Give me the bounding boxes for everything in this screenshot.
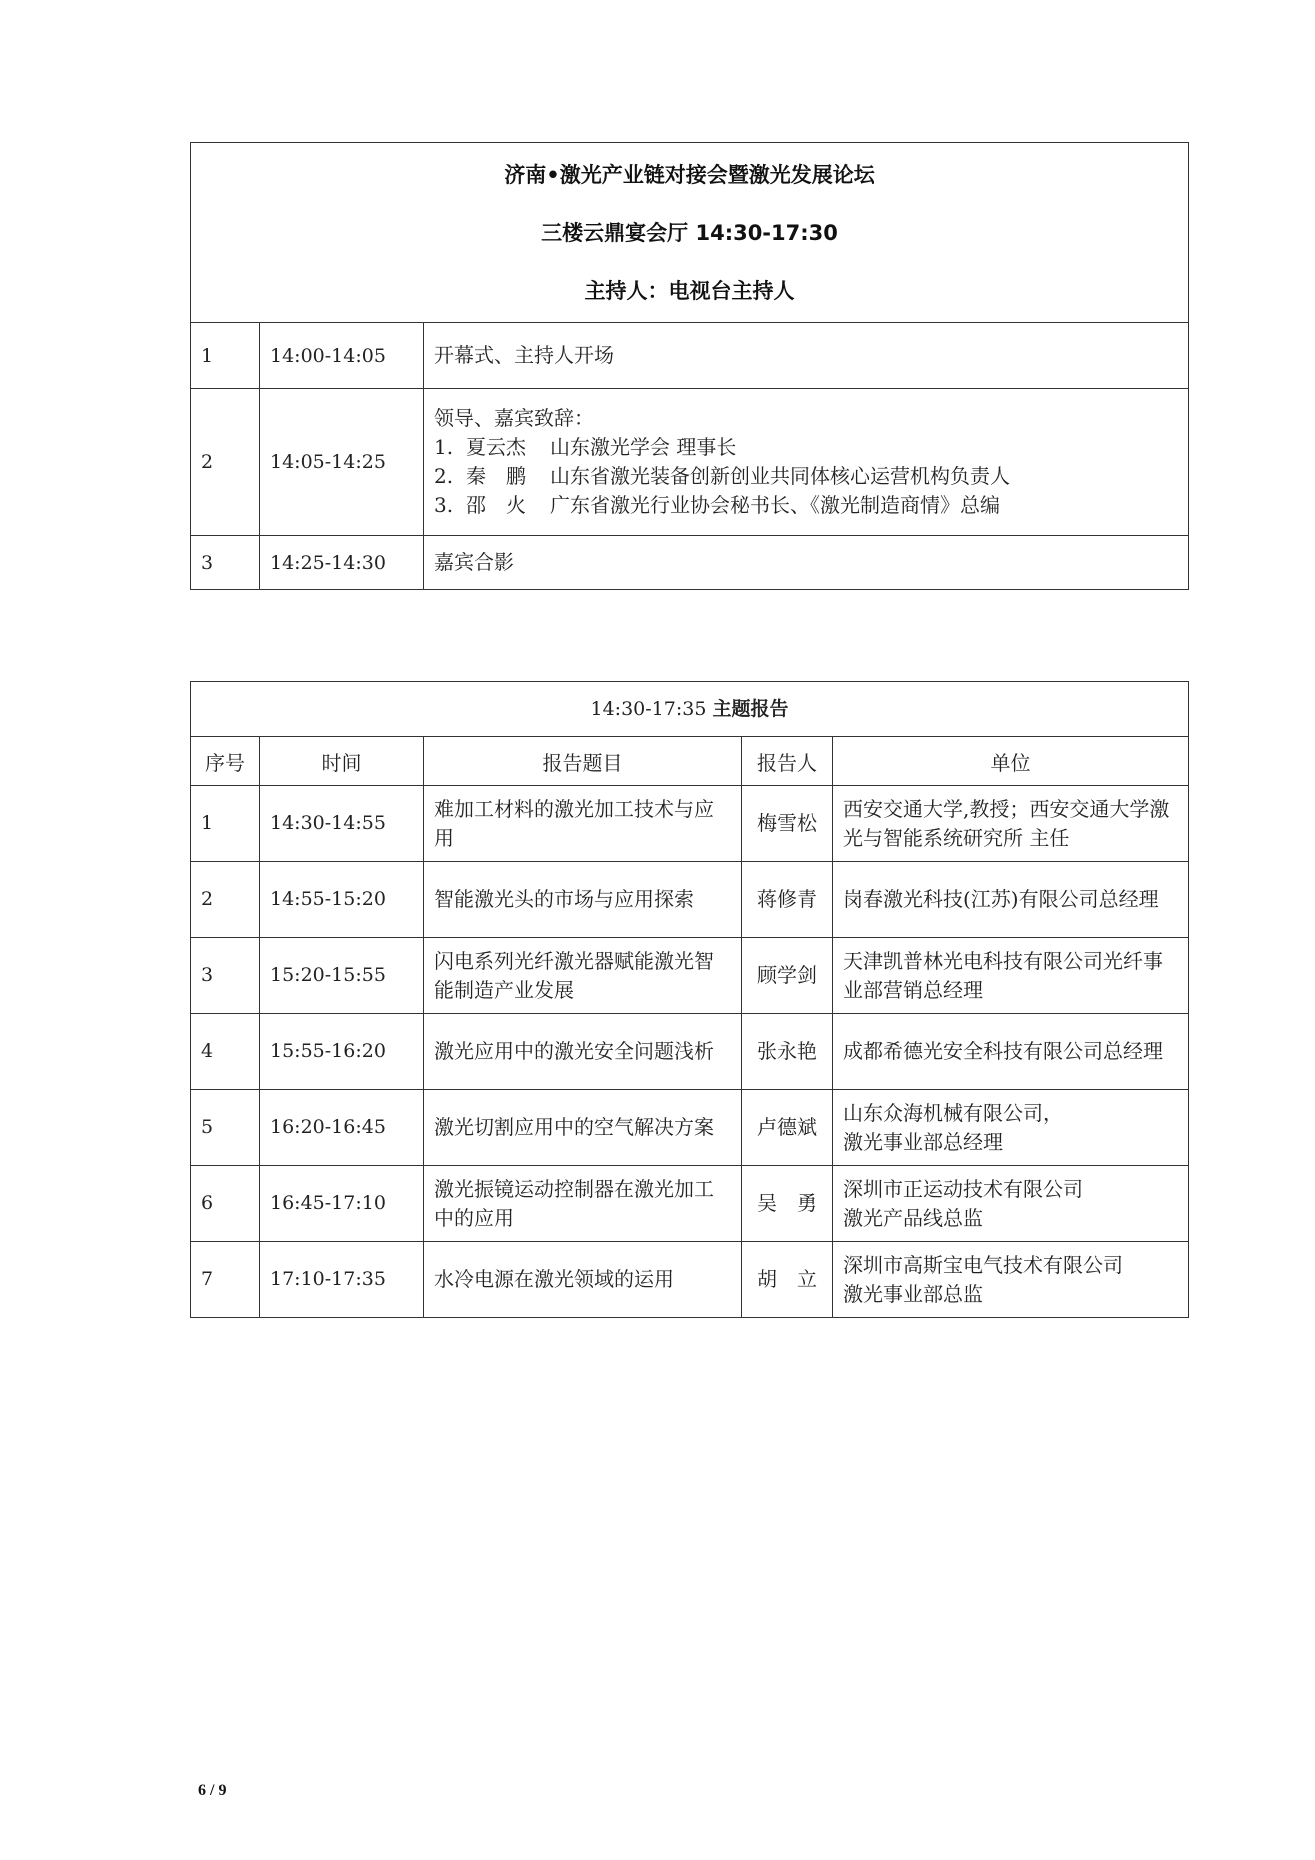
row-org: 天津凯普林光电科技有限公司光纤事业部营销总经理 — [833, 938, 1189, 1014]
row-number: 1 — [191, 323, 260, 389]
row-org: 西安交通大学,教授；西安交通大学激光与智能系统研究所 主任 — [833, 786, 1189, 862]
forum-venue-time: 三楼云鼎宴会厅 14:30-17:30 — [191, 204, 1188, 262]
table-row: 2 14:55-15:20 智能激光头的市场与应用探索 蒋修青 岗春激光科技(江… — [191, 862, 1189, 938]
row-number: 2 — [191, 389, 260, 536]
forum-title: 济南•激光产业链对接会暨激光发展论坛 — [191, 146, 1188, 204]
row-time: 14:00-14:05 — [260, 323, 424, 389]
org-line: 深圳市高斯宝电气技术有限公司 — [843, 1251, 1178, 1280]
row-time: 16:20-16:45 — [260, 1090, 424, 1166]
speaker-title: 广东省激光行业协会秘书长、《激光制造商情》总编 — [550, 493, 1000, 517]
org-line: 激光产品线总监 — [843, 1204, 1178, 1233]
keynote-title: 14:30-17:35 主题报告 — [191, 682, 1189, 737]
row-topic: 水冷电源在激光领域的运用 — [424, 1242, 742, 1318]
row-org: 深圳市正运动技术有限公司 激光产品线总监 — [833, 1166, 1189, 1242]
row-time: 14:25-14:30 — [260, 536, 424, 590]
row-time: 15:20-15:55 — [260, 938, 424, 1014]
forum-header-cell: 济南•激光产业链对接会暨激光发展论坛 三楼云鼎宴会厅 14:30-17:30 主… — [191, 143, 1189, 323]
row-time: 14:55-15:20 — [260, 862, 424, 938]
row-speaker: 张永艳 — [742, 1014, 833, 1090]
document-page: 济南•激光产业链对接会暨激光发展论坛 三楼云鼎宴会厅 14:30-17:30 主… — [0, 0, 1315, 1860]
speaker-index: 3. — [434, 491, 466, 520]
row-number: 2 — [191, 862, 260, 938]
table-row: 1 14:00-14:05 开幕式、主持人开场 — [191, 323, 1189, 389]
table-row: 3 15:20-15:55 闪电系列光纤激光器赋能激光智能制造产业发展 顾学剑 … — [191, 938, 1189, 1014]
row-number: 3 — [191, 536, 260, 590]
row-topic: 激光切割应用中的空气解决方案 — [424, 1090, 742, 1166]
speaker-title: 山东省激光装备创新创业共同体核心运营机构负责人 — [550, 464, 1010, 488]
row-topic: 闪电系列光纤激光器赋能激光智能制造产业发展 — [424, 938, 742, 1014]
row-topic: 难加工材料的激光加工技术与应用 — [424, 786, 742, 862]
row-number: 1 — [191, 786, 260, 862]
row-org: 成都希德光安全科技有限公司总经理 — [833, 1014, 1189, 1090]
table-row: 5 16:20-16:45 激光切割应用中的空气解决方案 卢德斌 山东众海机械有… — [191, 1090, 1189, 1166]
row-time: 15:55-16:20 — [260, 1014, 424, 1090]
speaker-index: 2. — [434, 462, 466, 491]
speaker-item: 3.邵 火广东省激光行业协会秘书长、《激光制造商情》总编 — [434, 491, 1178, 520]
speaker-name: 秦 鹏 — [466, 462, 550, 491]
header-topic: 报告题目 — [424, 737, 742, 786]
row-speaker: 梅雪松 — [742, 786, 833, 862]
speaker-name: 夏云杰 — [466, 433, 550, 462]
row-speaker: 蒋修青 — [742, 862, 833, 938]
header-org: 单位 — [833, 737, 1189, 786]
row-org: 深圳市高斯宝电气技术有限公司 激光事业部总监 — [833, 1242, 1189, 1318]
org-line: 深圳市正运动技术有限公司 — [843, 1175, 1178, 1204]
table-row: 4 15:55-16:20 激光应用中的激光安全问题浅析 张永艳 成都希德光安全… — [191, 1014, 1189, 1090]
table-row: 7 17:10-17:35 水冷电源在激光领域的运用 胡 立 深圳市高斯宝电气技… — [191, 1242, 1189, 1318]
row-topic: 激光应用中的激光安全问题浅析 — [424, 1014, 742, 1090]
table-row: 2 14:05-14:25 领导、嘉宾致辞： 1.夏云杰山东激光学会 理事长 2… — [191, 389, 1189, 536]
keynote-title-time: 14:30-17:35 — [591, 698, 707, 720]
row-topic: 智能激光头的市场与应用探索 — [424, 862, 742, 938]
row-number: 3 — [191, 938, 260, 1014]
header-time: 时间 — [260, 737, 424, 786]
org-line: 山东众海机械有限公司， — [843, 1099, 1178, 1128]
forum-host: 主持人：电视台主持人 — [191, 262, 1188, 320]
row-content: 开幕式、主持人开场 — [424, 323, 1189, 389]
row-org: 山东众海机械有限公司， 激光事业部总经理 — [833, 1090, 1189, 1166]
org-line: 激光事业部总监 — [843, 1280, 1178, 1309]
row-time: 14:30-14:55 — [260, 786, 424, 862]
row-number: 7 — [191, 1242, 260, 1318]
row-number: 4 — [191, 1014, 260, 1090]
forum-header-row: 济南•激光产业链对接会暨激光发展论坛 三楼云鼎宴会厅 14:30-17:30 主… — [191, 143, 1189, 323]
org-line: 激光事业部总经理 — [843, 1128, 1178, 1157]
row-speaker: 顾学剑 — [742, 938, 833, 1014]
row-topic: 激光振镜运动控制器在激光加工中的应用 — [424, 1166, 742, 1242]
keynote-title-label: 主题报告 — [712, 698, 788, 720]
speeches-heading: 领导、嘉宾致辞： — [434, 404, 1178, 433]
table-row: 3 14:25-14:30 嘉宾合影 — [191, 536, 1189, 590]
row-speaker: 胡 立 — [742, 1242, 833, 1318]
opening-schedule-table: 济南•激光产业链对接会暨激光发展论坛 三楼云鼎宴会厅 14:30-17:30 主… — [190, 142, 1189, 590]
header-speaker: 报告人 — [742, 737, 833, 786]
speaker-item: 2.秦 鹏山东省激光装备创新创业共同体核心运营机构负责人 — [434, 462, 1178, 491]
keynote-title-row: 14:30-17:35 主题报告 — [191, 682, 1189, 737]
header-no: 序号 — [191, 737, 260, 786]
row-time: 17:10-17:35 — [260, 1242, 424, 1318]
row-content: 嘉宾合影 — [424, 536, 1189, 590]
row-content: 领导、嘉宾致辞： 1.夏云杰山东激光学会 理事长 2.秦 鹏山东省激光装备创新创… — [424, 389, 1189, 536]
row-speaker: 吴 勇 — [742, 1166, 833, 1242]
speaker-title: 山东激光学会 理事长 — [550, 435, 736, 459]
speaker-index: 1. — [434, 433, 466, 462]
speaker-name: 邵 火 — [466, 491, 550, 520]
speaker-item: 1.夏云杰山东激光学会 理事长 — [434, 433, 1178, 462]
row-number: 5 — [191, 1090, 260, 1166]
column-header-row: 序号 时间 报告题目 报告人 单位 — [191, 737, 1189, 786]
table-row: 6 16:45-17:10 激光振镜运动控制器在激光加工中的应用 吴 勇 深圳市… — [191, 1166, 1189, 1242]
table-row: 1 14:30-14:55 难加工材料的激光加工技术与应用 梅雪松 西安交通大学… — [191, 786, 1189, 862]
page-indicator: 6 / 9 — [198, 1782, 226, 1800]
keynote-schedule-table: 14:30-17:35 主题报告 序号 时间 报告题目 报告人 单位 1 14:… — [190, 681, 1189, 1318]
row-org: 岗春激光科技(江苏)有限公司总经理 — [833, 862, 1189, 938]
row-time: 14:05-14:25 — [260, 389, 424, 536]
row-time: 16:45-17:10 — [260, 1166, 424, 1242]
row-number: 6 — [191, 1166, 260, 1242]
row-speaker: 卢德斌 — [742, 1090, 833, 1166]
